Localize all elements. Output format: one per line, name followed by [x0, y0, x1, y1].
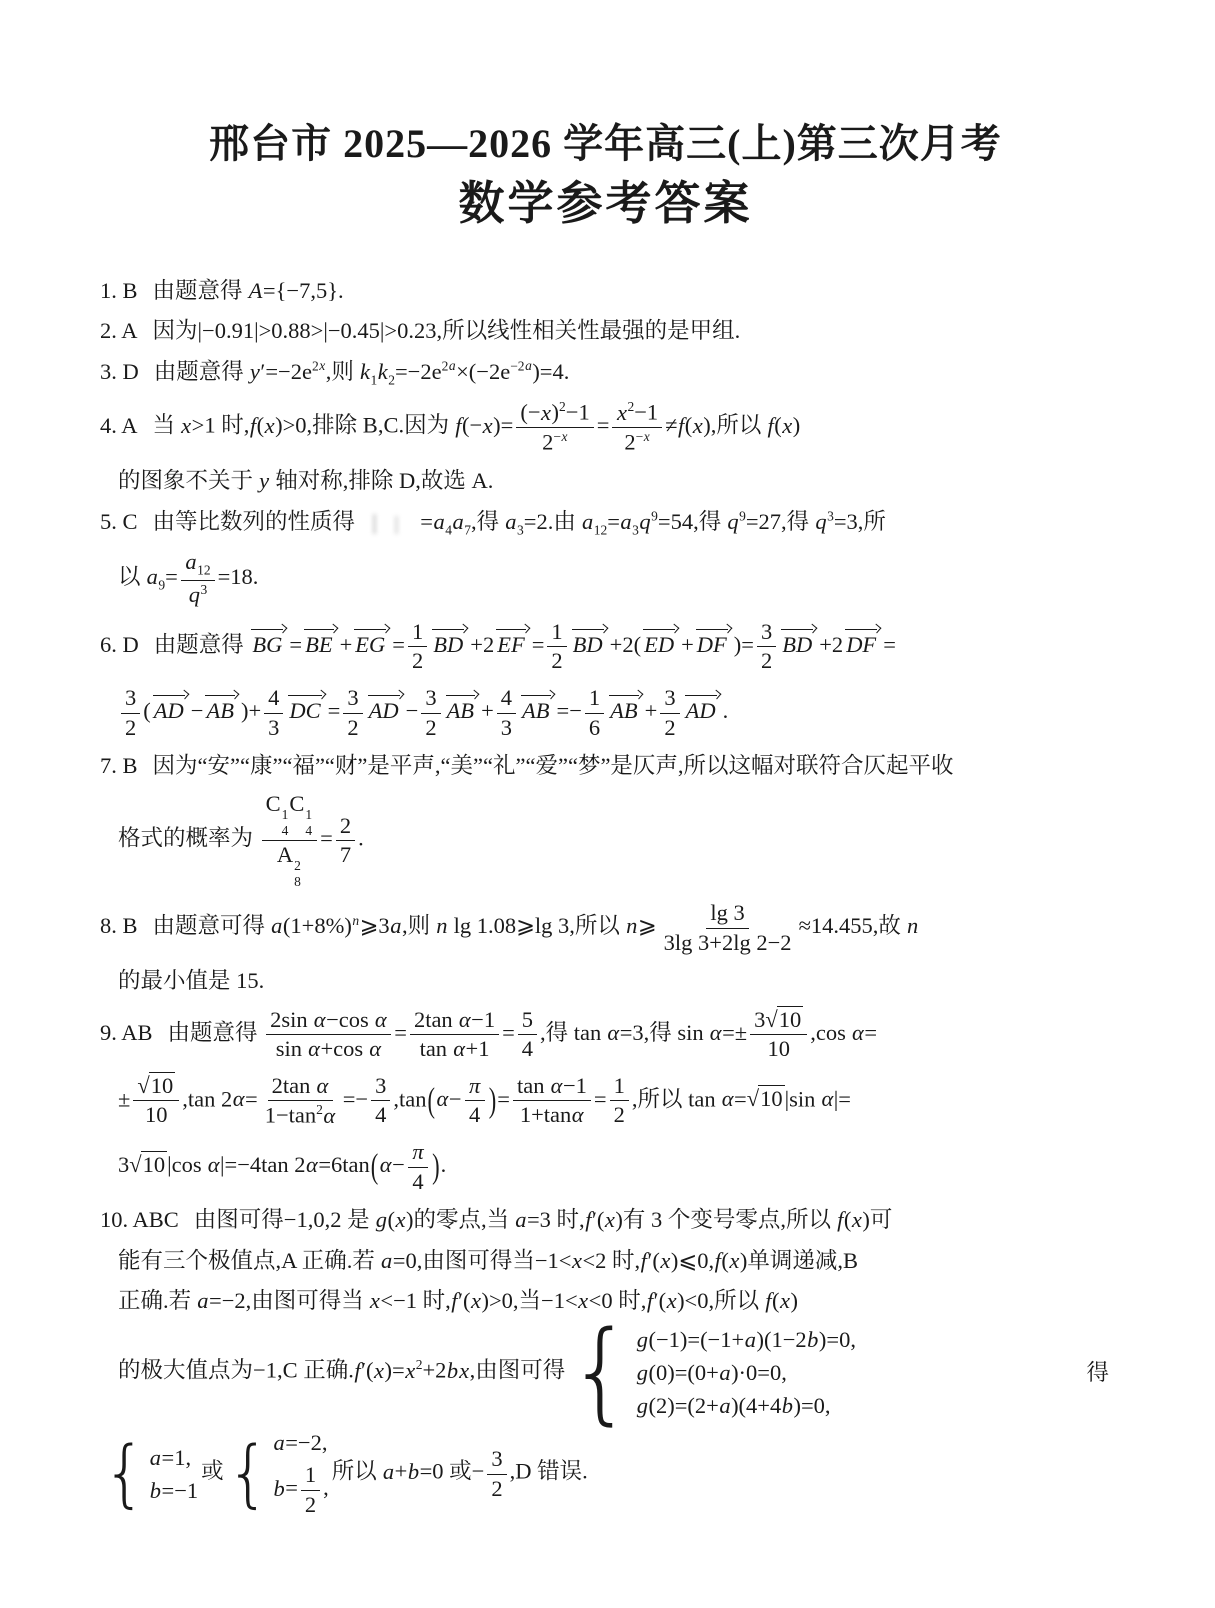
answer-item-7: 7. B因为“安”“康”“福”“财”是平声,“美”“礼”“爱”“梦”是仄声,所以… [100, 751, 1111, 890]
answer-line: ±√1010,tan 2α=2tan α1−tan2α=−34,tan(α−π4… [100, 1073, 1111, 1130]
big-paren-right: ) [432, 1144, 440, 1191]
answer-item-6: 6. D由题意得 BG=BE+EG=12BD+2EF=12BD+2(ED+DF)… [100, 619, 1111, 741]
vector: BE [304, 624, 336, 657]
vector: AD [685, 690, 719, 723]
square-root: √10 [765, 1007, 803, 1032]
fraction: 32 [487, 1446, 506, 1502]
answer-line: 6. D由题意得 BG=BE+EG=12BD+2EF=12BD+2(ED+DF)… [100, 619, 1111, 675]
fraction: π4 [408, 1139, 428, 1195]
fraction: 32 [757, 619, 776, 675]
answer-label: 9. AB [100, 1018, 153, 1048]
square-root: √10 [137, 1073, 175, 1098]
fraction: (−x)2−12−x [516, 399, 593, 456]
answer-line: 2. A因为|−0.91|>0.88>|−0.45|>0.23,所以线性相关性最… [100, 316, 1111, 346]
answer-line: 8. B由题意可得 a(1+8%)n⩾3a,则 n lg 1.08⩾lg 3,所… [100, 900, 1111, 956]
vector: ED [643, 624, 677, 657]
answer-line: 32(AD−AB)+43DC=32AD−32AB+43AB=−16AB+32AD… [100, 685, 1111, 741]
answer-line: 的图象不关于 y 轴对称,排除 D,故选 A. [100, 466, 1111, 496]
big-paren-left: ( [428, 1078, 436, 1125]
fraction: 12 [301, 1462, 320, 1518]
answer-line: 3√10|cos α|=−4tan 2α=6tan(α−π4). [100, 1139, 1111, 1195]
fraction: 32 [660, 685, 679, 741]
answer-label: 10. ABC [100, 1205, 179, 1235]
answer-sheet-page: 邢台市 2025—2026 学年高三(上)第三次月考 数学参考答案 1. B由题… [0, 0, 1215, 1608]
answer-item-10: 10. ABC由图可得−1,0,2 是 g(x)的零点,当 a=3 时,f′(x… [100, 1205, 1111, 1518]
fraction: 12 [408, 619, 427, 675]
cases-system: {a=1,b=−1 [103, 1444, 198, 1504]
answer-line: 1. B由题意得 A={−7,5}. [100, 276, 1111, 306]
answer-label: 7. B [100, 751, 138, 781]
left-brace: { [103, 1444, 146, 1504]
fraction: lg 33lg 3+2lg 2−2 [660, 900, 796, 956]
stacked-sup-sub: 28 [294, 858, 301, 890]
fraction: 2sin α−cos αsin α+cos α [266, 1007, 391, 1063]
cases-system: {a=−2,b=12, [227, 1429, 329, 1518]
subject-title: 数学参考答案 [100, 174, 1111, 234]
fraction: x2−12−x [612, 399, 662, 456]
answer-label: 2. A [100, 316, 138, 346]
answer-line: 9. AB由题意得 2sin α−cos αsin α+cos α=2tan α… [100, 1007, 1111, 1063]
answer-label: 8. B [100, 911, 138, 941]
vector: BG [251, 624, 285, 657]
answer-item-5: 5. C由等比数列的性质得 =a4a7,得 a3=2.由 a12=a3q9=54… [100, 507, 1111, 609]
fraction: 34 [371, 1073, 390, 1129]
answer-item-4: 4. A当 x>1 时,f(x)>0,排除 B,C.因为 f(−x)=(−x)2… [100, 399, 1111, 496]
vector: AD [368, 690, 402, 723]
fraction: 16 [585, 685, 604, 741]
answer-label: 1. B [100, 276, 138, 306]
vector: DF [696, 624, 730, 657]
vector: AB [521, 690, 553, 723]
vector: EG [354, 624, 388, 657]
answer-item-2: 2. A因为|−0.91|>0.88>|−0.45|>0.23,所以线性相关性最… [100, 316, 1111, 346]
vector: EF [496, 624, 528, 657]
fraction: 12 [547, 619, 566, 675]
answer-item-1: 1. B由题意得 A={−7,5}. [100, 276, 1111, 306]
square-root: √10 [747, 1086, 785, 1111]
answer-label: 6. D [100, 630, 139, 660]
vector: DC [288, 690, 323, 723]
answer-item-8: 8. B由题意可得 a(1+8%)n⩾3a,则 n lg 1.08⩾lg 3,所… [100, 900, 1111, 996]
answer-label: 5. C [100, 507, 138, 537]
answer-line: 4. A当 x>1 时,f(x)>0,排除 B,C.因为 f(−x)=(−x)2… [100, 399, 1111, 456]
vector: AD [153, 690, 187, 723]
fraction: 43 [264, 685, 283, 741]
vector: AB [609, 690, 641, 723]
fraction: 54 [518, 1007, 537, 1063]
answer-line: 的极大值点为−1,C 正确.f′(x)=x2+2bx,由图可得{g(−1)=(−… [100, 1326, 1111, 1419]
answer-line: 3. D由题意得 y′=−2e2x,则 k1k2=−2e2a×(−2e−2a)=… [100, 357, 1111, 390]
answer-line: 5. C由等比数列的性质得 =a4a7,得 a3=2.由 a12=a3q9=54… [100, 507, 1111, 540]
answer-label: 4. A [100, 411, 138, 441]
answer-line: 7. B因为“安”“康”“福”“财”是平声,“美”“礼”“爱”“梦”是仄声,所以… [100, 751, 1111, 781]
fraction: 3√1010 [750, 1007, 807, 1063]
answer-line: 能有三个极值点,A 正确.若 a=0,由图可得当−1<x<2 时,f′(x)⩽0… [100, 1246, 1111, 1276]
fraction: √1010 [133, 1073, 179, 1129]
answer-line: 的最小值是 15. [100, 966, 1111, 996]
smudged-formula [361, 511, 415, 537]
fraction: 12 [610, 1073, 629, 1129]
big-paren-right: ) [489, 1078, 497, 1125]
fraction: 32 [343, 685, 362, 741]
fraction: C14C14A28 [262, 791, 318, 890]
vector: AB [205, 690, 237, 723]
cases-system: {g(−1)=(−1+a)(1−2b)=0,g(0)=(0+a)·0=0,g(2… [568, 1326, 856, 1419]
answer-line: {a=1,b=−1或{a=−2,b=12,所以 a+b=0 或−32,D 错误. [100, 1429, 1111, 1518]
fraction: tan α−11+tanα [513, 1073, 591, 1129]
fraction: π4 [465, 1073, 485, 1129]
answer-item-9: 9. AB由题意得 2sin α−cos αsin α+cos α=2tan α… [100, 1007, 1111, 1196]
vector: AB [446, 690, 478, 723]
fraction: 32 [121, 685, 140, 741]
answer-line: 10. ABC由图可得−1,0,2 是 g(x)的零点,当 a=3 时,f′(x… [100, 1205, 1111, 1235]
answers-list: 1. B由题意得 A={−7,5}.2. A因为|−0.91|>0.88>|−0… [100, 276, 1111, 1519]
fraction: 2tan α−1tan α+1 [410, 1007, 499, 1063]
fraction: 32 [421, 685, 440, 741]
exam-title: 邢台市 2025—2026 学年高三(上)第三次月考 [100, 118, 1111, 170]
vector: BD [432, 624, 466, 657]
page-header: 邢台市 2025—2026 学年高三(上)第三次月考 数学参考答案 [100, 118, 1111, 234]
line-tail: 得 [1086, 1358, 1109, 1388]
left-brace: { [568, 1328, 633, 1418]
big-paren-left: ( [371, 1144, 379, 1191]
fraction: 27 [336, 813, 355, 869]
vector: DF [845, 624, 879, 657]
answer-item-3: 3. D由题意得 y′=−2e2x,则 k1k2=−2e2a×(−2e−2a)=… [100, 357, 1111, 390]
answer-label: 3. D [100, 357, 139, 387]
vector: BD [572, 624, 606, 657]
left-brace: { [227, 1444, 270, 1504]
answer-line: 格式的概率为 C14C14A28=27. [100, 791, 1111, 890]
stacked-sup-sub: 14 [282, 807, 289, 839]
square-root: √10 [129, 1152, 167, 1177]
vector: BD [781, 624, 815, 657]
fraction: a12q3 [181, 549, 215, 608]
fraction: 43 [497, 685, 516, 741]
stacked-sup-sub: 14 [305, 807, 312, 839]
answer-line: 以 a9=a12q3=18. [100, 549, 1111, 608]
fraction: 2tan α1−tan2α [261, 1073, 340, 1130]
